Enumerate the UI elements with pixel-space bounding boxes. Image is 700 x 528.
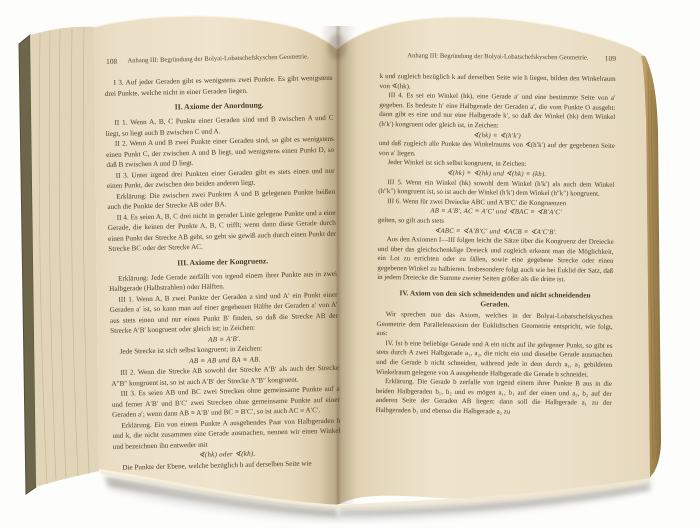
paragraph: I 3. Auf jeder Geraden gibt es wenigsten… — [104, 73, 332, 99]
right-page: Anhang III: Begründung der Bolyai-Lobats… — [376, 51, 616, 418]
paragraph: III 5. Wenn ein Winkel (hk) sowohl dem W… — [378, 178, 614, 200]
paragraph: II 2. Wenn A und B zwei Punkte einer Ger… — [106, 134, 335, 171]
paragraph: Erklärung. Ein von einem Punkte A ausgeh… — [112, 415, 341, 452]
paragraph: Erklärung. Die Gerade b zerfalle von irg… — [376, 377, 612, 418]
section-heading: IV. Axiom von den sich schneidenden und … — [385, 288, 605, 311]
right-running-header: Anhang III: Begründung der Bolyai-Lobats… — [380, 51, 616, 63]
paragraph: III 1. Wenn A, B zwei Punkte der Geraden… — [109, 289, 338, 336]
section-heading: III. Axiome der Kongruenz. — [109, 254, 337, 270]
left-page-stack — [30, 27, 99, 487]
left-page-number: 108 — [106, 57, 117, 66]
right-page-header: Anhang III: Begründung der Bolyai-Lobats… — [380, 51, 616, 64]
paragraph: II 4. Es seien A, B, C drei nicht in ger… — [108, 207, 337, 254]
book-photo: 108 Anhang III: Begründung der Bolyai-Lo… — [0, 0, 700, 528]
left-page: 108 Anhang III: Begründung der Bolyai-Lo… — [104, 52, 341, 473]
section-heading: II. Axiome der Anordnung. — [105, 99, 333, 115]
paragraph: IV. Ist b eine beliebige Gerade und A ei… — [376, 339, 612, 380]
right-page-body: k und zugleich bezüglich k auf derselben… — [376, 72, 616, 418]
right-page-number: 109 — [605, 54, 616, 63]
paragraph: III 3. Es seien AB und BC zwei Strecken … — [112, 384, 341, 421]
left-page-body: I 3. Auf jeder Geraden gibt es wenigsten… — [104, 73, 341, 473]
paragraph: III 4. Es sei ein Winkel (hk), eine Gera… — [379, 91, 615, 132]
paragraph: Wir sprechen nun das Axiom, welches in d… — [376, 310, 612, 342]
paragraph: Aus den Axiomen I—III folgen leicht die … — [377, 235, 614, 286]
